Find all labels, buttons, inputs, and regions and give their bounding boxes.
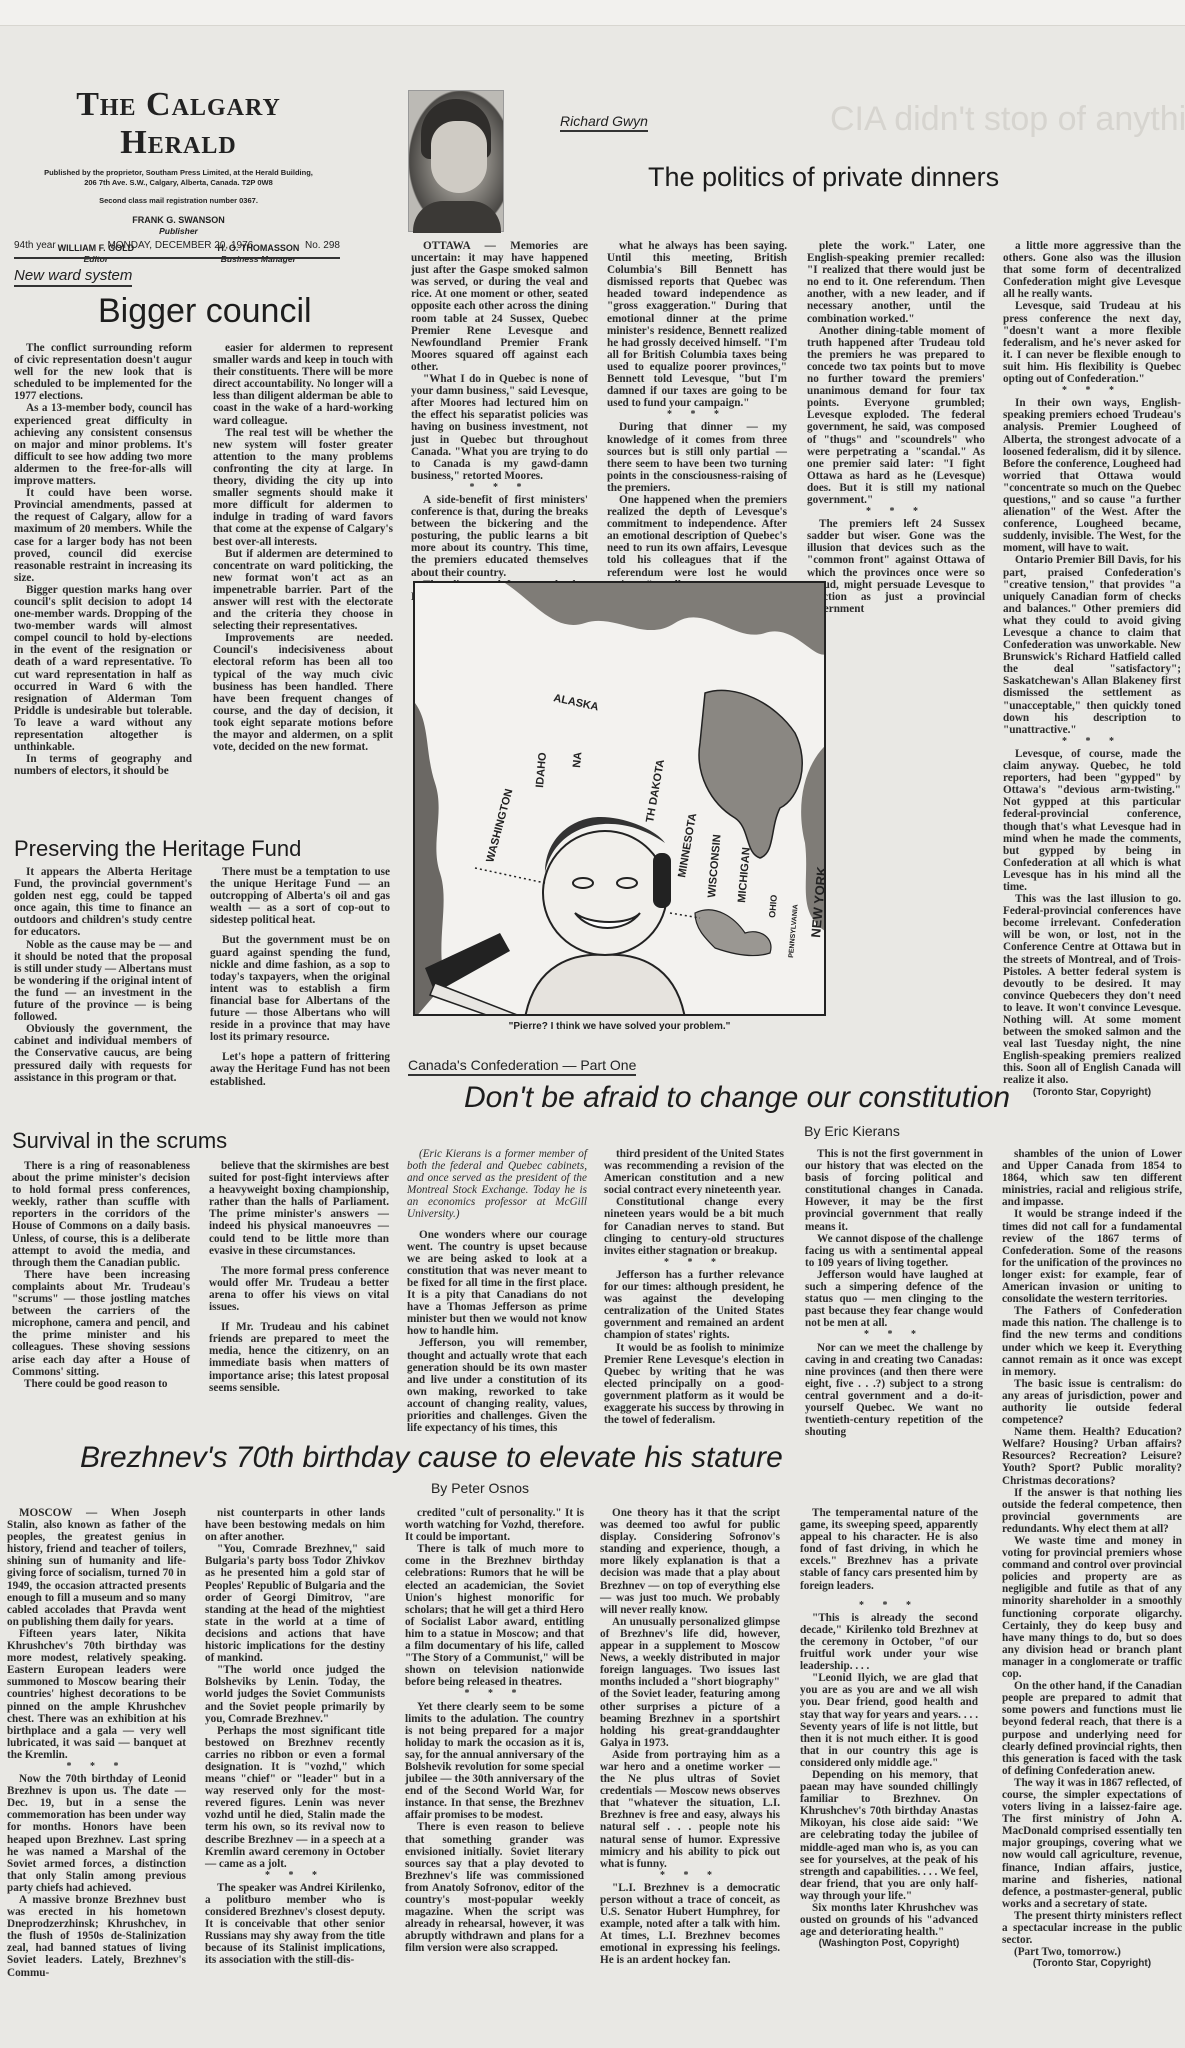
paragraph: plete the work." Later, one English-spea…: [807, 240, 985, 325]
paragraph: We waste time and money in voting for pr…: [1002, 1535, 1182, 1680]
paragraph: In terms of geography and numbers of ele…: [14, 753, 192, 777]
paragraph: It could have been worse. Provincial ame…: [14, 487, 192, 584]
paragraph: The temperamental nature of the game, it…: [800, 1507, 978, 1592]
publisher-name: FRANK G. SWANSON: [16, 214, 341, 226]
paragraph: It would be strange indeed if the times …: [1002, 1208, 1182, 1305]
paragraph: During that dinner — my knowledge of it …: [607, 421, 787, 494]
paragraph: Now the 70th birthday of Leonid Brezhnev…: [7, 1773, 186, 1894]
scrums-headline: Survival in the scrums: [12, 1128, 227, 1154]
paragraph: easier for aldermen to represent smaller…: [213, 342, 393, 427]
issue-number: No. 298: [305, 240, 340, 251]
newspaper-page: CIA didn't stop of anything in... The Ca…: [0, 0, 1185, 2048]
cartoon-caption: "Pierre? I think we have solved your pro…: [413, 1021, 826, 1032]
paragraph: In their own ways, English-speaking prem…: [1003, 397, 1181, 554]
paragraph: a little more aggressive than the others…: [1003, 240, 1181, 300]
brezhnev-column-4: One theory has it that the script was de…: [600, 1507, 780, 1967]
gwyn-column-2: what he always has been saying. Until th…: [607, 240, 787, 603]
author-note: (Eric Kierans is a former member of both…: [407, 1148, 587, 1221]
paragraph: But if aldermen are determined to concen…: [213, 548, 393, 633]
paragraph: The basic issue is centralism: do any ar…: [1002, 1378, 1182, 1426]
heritage-column-1: It appears the Alberta Heritage Fund, th…: [14, 866, 192, 1084]
paragraph: "What I do in Quebec is none of your dam…: [411, 373, 588, 482]
paragraph: It would be as foolish to minimize Premi…: [604, 1342, 784, 1427]
paragraph: There is talk of much more to come in th…: [405, 1543, 584, 1688]
council-column-1: The conflict surrounding reform of civic…: [14, 342, 192, 777]
svg-text:NA: NA: [571, 751, 584, 768]
paragraph: "The world once judged the Bolsheviks by…: [205, 1664, 385, 1724]
scrums-column-2: believe that the skirmishes are best sui…: [209, 1160, 389, 1394]
paragraph: Levesque, said Trudeau at his press conf…: [1003, 300, 1181, 385]
editorial-cartoon: ALASKA WASHINGTON IDAHO NA TH DAKOTA MIN…: [413, 581, 826, 1016]
svg-text:WISCONSIN: WISCONSIN: [706, 834, 723, 898]
paragraph: Yet there clearly seem to be some limits…: [405, 1701, 584, 1822]
brezhnev-column-2: nist counterparts in other lands have be…: [205, 1507, 385, 1967]
gwyn-column-1: OTTAWA — Memories are uncertain: it may …: [411, 240, 588, 603]
editor-role: Editor: [58, 254, 135, 264]
paragraph: One theory has it that the script was de…: [600, 1507, 780, 1616]
paragraph: One wonders where our courage went. The …: [407, 1229, 587, 1338]
paragraph: The real test will be whether the new sy…: [213, 427, 393, 548]
paragraph: Nor can we meet the challenge by caving …: [805, 1342, 983, 1439]
section-break: * * *: [800, 1600, 978, 1612]
kierans-headline: Don't be afraid to change our constituti…: [464, 1081, 1010, 1115]
gwyn-column-4: a little more aggressive than the others…: [1003, 240, 1181, 1099]
gwyn-column-3: plete the work." Later, one English-spea…: [807, 240, 985, 615]
paragraph: A massive bronze Brezhnev bust was erect…: [7, 1894, 186, 1979]
section-break: * * *: [607, 409, 787, 421]
paragraph: The premiers left 24 Sussex sadder but w…: [807, 518, 985, 615]
section-break: * * *: [1003, 385, 1181, 397]
paragraph: "Leonid Ilyich, we are glad that you are…: [800, 1672, 978, 1769]
columnist-name-wrap: Richard Gwyn: [560, 113, 648, 132]
svg-text:OHIO: OHIO: [767, 894, 779, 918]
kierans-kicker: Canada's Confederation — Part One: [408, 1057, 636, 1076]
paragraph: Constitutional change every nineteen yea…: [604, 1196, 784, 1256]
brezhnev-headline: Brezhnev's 70th birthday cause to elevat…: [80, 1441, 783, 1475]
paragraph: Jefferson has a further relevance for ou…: [604, 1269, 784, 1342]
paragraph: If the answer is that nothing lies outsi…: [1002, 1487, 1182, 1535]
paragraph: third president of the United States was…: [604, 1148, 784, 1196]
paragraph: believe that the skirmishes are best sui…: [209, 1160, 389, 1257]
paragraph: There could be good reason to: [12, 1378, 190, 1390]
scrums-column-1: There is a ring of reasonableness about …: [12, 1160, 190, 1390]
publisher-address-line-2: 206 7th Ave. S.W., Calgary, Alberta, Can…: [16, 178, 341, 188]
publisher-address-line-1: Published by the proprietor, Southam Pre…: [16, 168, 341, 178]
paragraph: There have been increasing complaints ab…: [12, 1269, 190, 1378]
page-top-margin: [0, 0, 1185, 26]
paragraph: On the other hand, if the Canadian peopl…: [1002, 1680, 1182, 1777]
columnist-photo: [408, 90, 504, 232]
brezhnev-column-1: MOSCOW — When Joseph Stalin, also known …: [7, 1507, 186, 1979]
section-break: * * *: [600, 1870, 780, 1882]
paragraph: The way it was in 1867 reflected, of cou…: [1002, 1777, 1182, 1910]
paragraph: The Fathers of Confederation made this n…: [1002, 1305, 1182, 1378]
paragraph: An unusually personalized glimpse of Bre…: [600, 1616, 780, 1749]
section-break: * * *: [807, 506, 985, 518]
paragraph: credited "cult of personality." It is wo…: [405, 1507, 584, 1543]
paragraph: We cannot dispose of the challenge facin…: [805, 1233, 983, 1269]
paragraph: shambles of the union of Lower and Upper…: [1002, 1148, 1182, 1208]
paragraph: The present thirty ministers reflect a s…: [1002, 1910, 1182, 1946]
svg-text:IDAHO: IDAHO: [534, 751, 549, 788]
paragraph: what he always has been saying. Until th…: [607, 240, 787, 409]
paragraph: MOSCOW — When Joseph Stalin, also known …: [7, 1507, 186, 1628]
masthead-title: The Calgary Herald: [16, 86, 341, 162]
svg-text:WASHINGTON: WASHINGTON: [484, 788, 515, 864]
masthead: The Calgary Herald Published by the prop…: [16, 86, 341, 264]
kierans-column-1: (Eric Kierans is a former member of both…: [407, 1148, 587, 1434]
manager-role: Business Manager: [217, 254, 299, 264]
kierans-column-4: shambles of the union of Lower and Upper…: [1002, 1148, 1182, 1970]
paragraph: Levesque, of course, made the claim anyw…: [1003, 748, 1181, 893]
paragraph: There is a ring of reasonableness about …: [12, 1160, 190, 1269]
svg-text:MICHIGAN: MICHIGAN: [736, 847, 753, 903]
paragraph: As a 13-member body, council has experie…: [14, 402, 192, 487]
paragraph: Obviously the government, the cabinet an…: [14, 1023, 192, 1083]
section-break: * * *: [1003, 736, 1181, 748]
paragraph: Fifteen years later, Nikita Khrushchev's…: [7, 1628, 186, 1761]
map-illustration: ALASKA WASHINGTON IDAHO NA TH DAKOTA MIN…: [415, 583, 826, 1016]
paragraph: A side-benefit of first ministers' confe…: [411, 494, 588, 579]
paragraph: This is not the first government in our …: [805, 1148, 983, 1233]
bleed-through-text: CIA didn't stop of anything in...: [830, 100, 1185, 139]
council-kicker-wrap: New ward system: [14, 267, 132, 287]
brezhnev-column-5: The temperamental nature of the game, it…: [800, 1507, 978, 1950]
paragraph: Another dining-table moment of truth hap…: [807, 325, 985, 506]
paragraph: nist counterparts in other lands have be…: [205, 1507, 385, 1543]
dateline: 94th year MONDAY, DECEMBER 20, 1976 No. …: [14, 240, 340, 251]
paragraph: Six months later Khrushchev was ousted o…: [800, 1902, 978, 1938]
paragraph: Ontario Premier Bill Davis, for his part…: [1003, 554, 1181, 735]
paragraph: Improvements are needed. Council's indec…: [213, 632, 393, 753]
publisher-role: Publisher: [16, 226, 341, 236]
kierans-byline: By Eric Kierans: [732, 1123, 972, 1139]
gwyn-headline: The politics of private dinners: [648, 162, 999, 193]
paragraph: Jefferson would have laughed at such a s…: [805, 1269, 983, 1329]
paragraph: Depending on his memory, that paean may …: [800, 1769, 978, 1902]
paragraph: Jefferson, you will remember, thought an…: [407, 1337, 587, 1434]
kierans-column-3: This is not the first government in our …: [805, 1148, 983, 1438]
council-kicker: New ward system: [14, 267, 132, 287]
council-column-2: easier for aldermen to represent smaller…: [213, 342, 393, 753]
paragraph: There is even reason to believe that som…: [405, 1821, 584, 1954]
paragraph: "This is already the second decade," Kir…: [800, 1612, 978, 1672]
section-break: * * *: [411, 482, 588, 494]
paragraph: The more formal press conference would o…: [209, 1265, 389, 1313]
paragraph: Let's hope a pattern of frittering away …: [210, 1051, 390, 1087]
section-break: * * *: [604, 1257, 784, 1269]
svg-text:ALASKA: ALASKA: [552, 692, 599, 713]
copyright-credit: (Toronto Star, Copyright): [1002, 1958, 1182, 1970]
svg-text:TH DAKOTA: TH DAKOTA: [644, 758, 667, 823]
paragraph: This was the last illusion to go. Federa…: [1003, 893, 1181, 1087]
paragraph: The speaker was Andrei Kirilenko, a poli…: [205, 1882, 385, 1967]
kierans-kicker-wrap: Canada's Confederation — Part One: [408, 1057, 636, 1076]
heritage-column-2: There must be a temptation to use the un…: [210, 866, 390, 1088]
paragraph: Noble as the cause may be — and it shoul…: [14, 939, 192, 1024]
council-headline: Bigger council: [98, 292, 312, 331]
paragraph: If Mr. Trudeau and his cabinet friends a…: [209, 1321, 389, 1394]
masthead-rule: [14, 257, 340, 259]
paragraph: Bigger question marks hang over council'…: [14, 584, 192, 753]
brezhnev-column-3: credited "cult of personality." It is wo…: [405, 1507, 584, 1954]
section-break: * * *: [805, 1329, 983, 1341]
paragraph: It appears the Alberta Heritage Fund, th…: [14, 866, 192, 939]
paragraph: The conflict surrounding reform of civic…: [14, 342, 192, 402]
paragraph: (Part Two, tomorrow.): [1002, 1946, 1182, 1958]
issue-date: MONDAY, DECEMBER 20, 1976: [107, 240, 253, 251]
paragraph: There must be a temptation to use the un…: [210, 866, 390, 926]
heritage-headline: Preserving the Heritage Fund: [14, 836, 301, 862]
mail-registration: Second class mail registration number 03…: [16, 196, 341, 206]
section-break: * * *: [7, 1761, 186, 1773]
paragraph: But the government must be on guard agai…: [210, 934, 390, 1043]
section-break: * * *: [205, 1870, 385, 1882]
paragraph: "L.I. Brezhnev is a democratic person wi…: [600, 1882, 780, 1967]
copyright-credit: (Toronto Star, Copyright): [1003, 1087, 1181, 1099]
paragraph: Perhaps the most significant title besto…: [205, 1725, 385, 1870]
paragraph: OTTAWA — Memories are uncertain: it may …: [411, 240, 588, 373]
paragraph: Name them. Health? Education? Welfare? H…: [1002, 1426, 1182, 1486]
kierans-column-2: third president of the United States was…: [604, 1148, 784, 1426]
brezhnev-byline: By Peter Osnos: [400, 1480, 560, 1496]
volume-year: 94th year: [14, 240, 56, 251]
svg-text:PENNSYLVANIA: PENNSYLVANIA: [788, 904, 800, 958]
svg-text:MINNESOTA: MINNESOTA: [676, 812, 699, 878]
copyright-credit: (Washington Post, Copyright): [800, 1938, 978, 1950]
paragraph: "You, Comrade Brezhnev," said Bulgaria's…: [205, 1543, 385, 1664]
section-break: * * *: [405, 1688, 584, 1700]
paragraph: Aside from portraying him as a war hero …: [600, 1749, 780, 1870]
columnist-name: Richard Gwyn: [560, 113, 648, 132]
